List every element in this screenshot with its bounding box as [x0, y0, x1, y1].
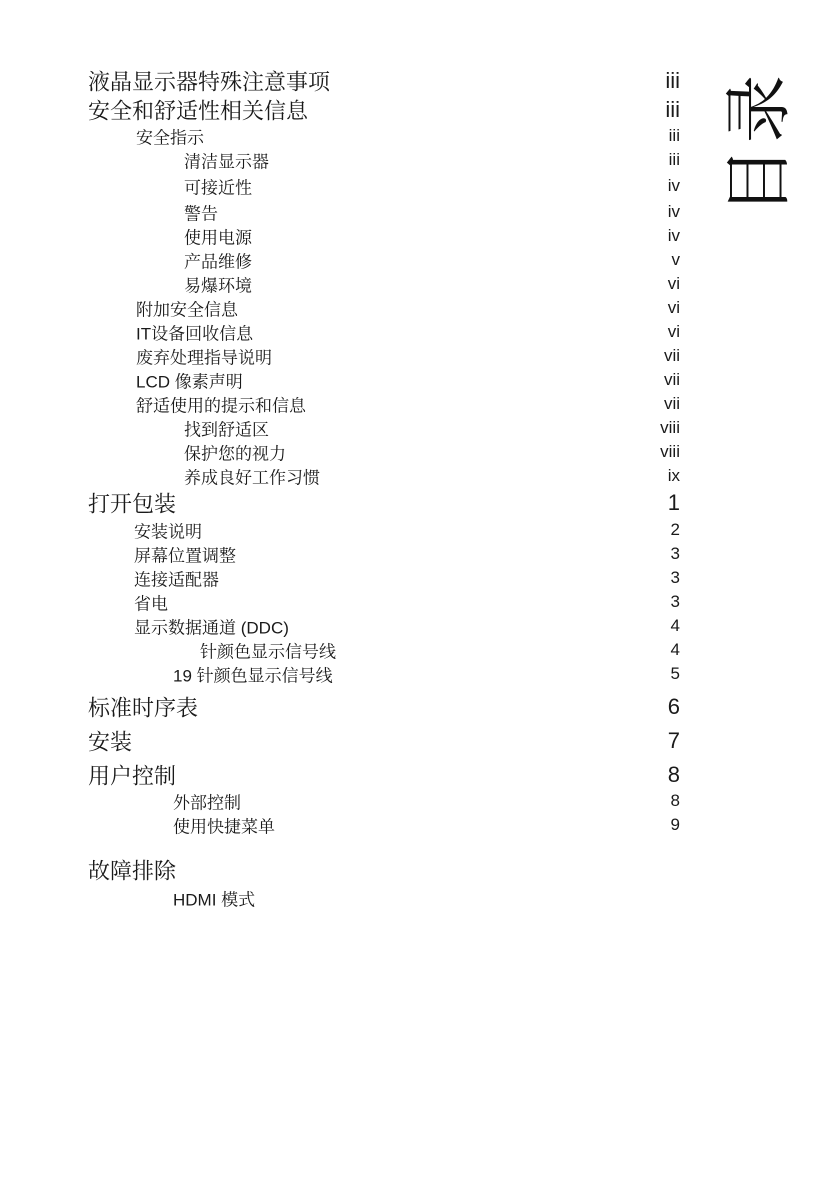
toc-entry-page: iii: [665, 97, 680, 123]
toc-entry-page: v: [672, 250, 681, 270]
toc-entry-page: 3: [671, 592, 680, 612]
toc-entry-label: 安装说明: [134, 518, 202, 543]
toc-entry[interactable]: 屏幕位置调整3: [0, 541, 680, 567]
toc-entry[interactable]: 液晶显示器特殊注意事项iii: [0, 68, 680, 94]
toc-entry-page: 3: [671, 568, 680, 588]
toc-entry[interactable]: IT设备回收信息vi: [0, 319, 680, 345]
toc-entry-label: 可接近性: [184, 174, 252, 199]
toc-entry-label: 安全指示: [136, 124, 204, 149]
toc-entry-page: vii: [664, 346, 680, 366]
toc-entry-page: vi: [668, 298, 680, 318]
toc-entry-page: vi: [668, 274, 680, 294]
toc-entry-label: 舒适使用的提示和信息: [136, 392, 306, 417]
toc-entry-page: 2: [671, 520, 680, 540]
toc-entry[interactable]: 19 针颜色显示信号线5: [0, 661, 680, 687]
toc-entry[interactable]: 故障排除: [0, 857, 680, 883]
toc-entry[interactable]: 连接适配器3: [0, 565, 680, 591]
toc-entry-page: vii: [664, 394, 680, 414]
toc-entry-label: 19 针颜色显示信号线: [173, 662, 333, 687]
toc-entry-label: 使用电源: [184, 224, 252, 249]
toc-side-title: 目录: [700, 78, 820, 208]
toc-entry-page: viii: [660, 418, 680, 438]
toc-entry[interactable]: 保护您的视力viii: [0, 439, 680, 465]
toc-entry[interactable]: 针颜色显示信号线4: [0, 637, 680, 663]
toc-entry[interactable]: 废弃处理指导说明vii: [0, 343, 680, 369]
toc-entry[interactable]: 安全指示iii: [0, 123, 680, 149]
toc-entry[interactable]: 打开包装1: [0, 490, 680, 516]
toc-entry[interactable]: 警告iv: [0, 199, 680, 225]
toc-entry-label: 液晶显示器特殊注意事项: [88, 66, 330, 97]
toc-entry-page: 7: [668, 728, 680, 754]
toc-entry[interactable]: LCD 像素声明vii: [0, 367, 680, 393]
toc-entry-label: 标准时序表: [88, 692, 198, 723]
toc-entry-label: LCD 像素声明: [136, 368, 243, 393]
toc-entry[interactable]: 舒适使用的提示和信息vii: [0, 391, 680, 417]
toc-entry-label: 连接适配器: [134, 566, 219, 591]
toc-entry[interactable]: 产品维修v: [0, 247, 680, 273]
toc-entry-page: iv: [668, 202, 680, 222]
toc-entry-label: 省电: [134, 590, 168, 615]
toc-entry-label: 警告: [184, 200, 218, 225]
toc-entry-page: iii: [669, 126, 680, 146]
toc-entry-page: 4: [671, 616, 680, 636]
toc-entry-page: viii: [660, 442, 680, 462]
toc-entry-page: 9: [671, 815, 680, 835]
toc-entry-page: iii: [669, 150, 680, 170]
toc-entry[interactable]: 附加安全信息vi: [0, 295, 680, 321]
toc-entry-label: 针颜色显示信号线: [200, 638, 336, 663]
toc-entry-label: HDMI 模式: [173, 886, 255, 911]
toc-entry-label: 找到舒适区: [184, 416, 269, 441]
toc-entry-page: ix: [668, 466, 680, 486]
toc-entry[interactable]: 养成良好工作习惯ix: [0, 463, 680, 489]
toc-entry-label: 产品维修: [184, 248, 252, 273]
toc-entry-label: 故障排除: [88, 855, 176, 886]
toc-entry[interactable]: 使用快捷菜单9: [0, 812, 680, 838]
table-of-contents: 目录 液晶显示器特殊注意事项iii 安全和舒适性相关信息iii 安全指示iii …: [0, 0, 839, 1191]
toc-entry-label: 易爆环境: [184, 272, 252, 297]
toc-entry[interactable]: 可接近性iv: [0, 173, 680, 199]
toc-entry[interactable]: 显示数据通道 (DDC)4: [0, 613, 680, 639]
toc-entry-label: IT设备回收信息: [136, 320, 253, 345]
toc-entry[interactable]: HDMI 模式: [0, 885, 680, 911]
toc-entry-label: 屏幕位置调整: [134, 542, 236, 567]
toc-entry-label: 用户控制: [88, 760, 176, 791]
toc-entry-page: iv: [668, 176, 680, 196]
toc-title-text: 目录: [726, 71, 794, 215]
toc-entry-page: 8: [671, 791, 680, 811]
toc-entry[interactable]: 找到舒适区viii: [0, 415, 680, 441]
toc-entry-page: vi: [668, 322, 680, 342]
toc-entry-label: 养成良好工作习惯: [184, 464, 320, 489]
toc-entry[interactable]: 安装说明2: [0, 517, 680, 543]
toc-entry-label: 使用快捷菜单: [173, 813, 275, 838]
toc-entry[interactable]: 安全和舒适性相关信息iii: [0, 97, 680, 123]
toc-entry[interactable]: 标准时序表6: [0, 694, 680, 720]
toc-entry-page: 8: [668, 762, 680, 788]
toc-entry-label: 附加安全信息: [136, 296, 238, 321]
toc-entry-page: 3: [671, 544, 680, 564]
toc-entry[interactable]: 清洁显示器iii: [0, 147, 680, 173]
toc-entry-label: 打开包装: [88, 488, 176, 519]
toc-entry[interactable]: 使用电源iv: [0, 223, 680, 249]
toc-entry[interactable]: 用户控制8: [0, 762, 680, 788]
toc-entry-label: 安全和舒适性相关信息: [88, 95, 308, 126]
toc-entry-page: iii: [665, 68, 680, 94]
toc-entry-page: 4: [671, 640, 680, 660]
toc-entry-page: iv: [668, 226, 680, 246]
toc-entry-label: 显示数据通道 (DDC): [134, 614, 289, 639]
toc-entry-page: 5: [671, 664, 680, 684]
toc-entry-page: 1: [668, 490, 680, 516]
toc-entry-label: 保护您的视力: [184, 440, 286, 465]
toc-entry[interactable]: 外部控制8: [0, 788, 680, 814]
toc-entry-page: vii: [664, 370, 680, 390]
toc-entry[interactable]: 易爆环境vi: [0, 271, 680, 297]
toc-entry-page: 6: [668, 694, 680, 720]
toc-entry-label: 外部控制: [173, 789, 241, 814]
toc-entry[interactable]: 安装7: [0, 728, 680, 754]
toc-entry-label: 废弃处理指导说明: [136, 344, 272, 369]
toc-entry-label: 安装: [88, 726, 132, 757]
toc-entry-label: 清洁显示器: [184, 148, 269, 173]
toc-entry[interactable]: 省电3: [0, 589, 680, 615]
